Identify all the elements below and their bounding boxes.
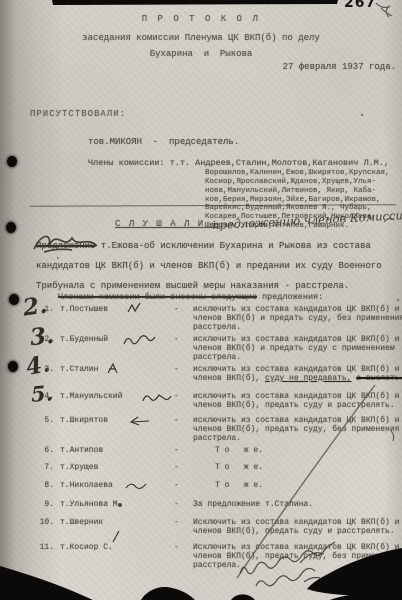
proposal-author: т.Сталин <box>60 365 98 374</box>
dash: - <box>174 416 179 425</box>
members-line: Косиор,Ярославский,Жданов,Хрущев,Улья- <box>205 178 390 187</box>
dash: - <box>174 392 179 401</box>
page-number-stamp: 267 <box>344 0 376 11</box>
proposal-text: исключить из состава кандидатов ЦК ВКП(б… <box>193 365 402 383</box>
proposal-text-underlined: суду не предавать, <box>265 374 351 383</box>
proposal-text: Т о ж е. <box>193 446 402 455</box>
speck <box>57 257 59 259</box>
handwritten-mark <box>108 364 117 373</box>
scan-shadow <box>231 594 255 600</box>
proposals-intro: Членами комиссии были внесены следующие … <box>58 292 323 302</box>
members-line: Ворошилов,Калинин,Ежов,Шкирятов,Крупская… <box>205 169 390 178</box>
proposal-text: исключить из состава кандидатов ЦК ВКП(б… <box>193 392 402 410</box>
proposal-number: 3. <box>28 365 54 374</box>
dash: - <box>174 481 179 490</box>
handwritten-mark <box>128 303 140 312</box>
proposal-text: Т о ж е. <box>193 463 402 472</box>
heard-line1: Предложение т.Ежова-об исключении Бухари… <box>36 241 371 251</box>
dash: - <box>174 543 179 552</box>
document-title: П Р О Т О К О Л <box>0 14 402 24</box>
dash: - <box>174 446 179 455</box>
heard-line1-rest: т.Ежова-об исключении Бухарина и Рыкова … <box>95 241 370 251</box>
dash: - <box>174 335 179 344</box>
proposal-author: т.Шверник <box>60 518 103 527</box>
proposal-text: Т о ж е. <box>193 481 402 490</box>
proposal-number: 5. <box>28 416 54 425</box>
members-intro: Члены комиссии: т.т. Андреев,Сталин,Моло… <box>88 158 389 168</box>
punch-hole <box>9 294 19 305</box>
proposal-text: За предложение т.Сталина. <box>193 500 402 509</box>
proposal-text: исключить из состава кандидатов ЦК ВКП(б… <box>193 305 402 332</box>
proposal-text: исключить из состава кандидатов ЦК ВКП(б… <box>193 335 402 362</box>
proposal-number: 4. <box>28 392 54 401</box>
proposal-text: Исключить из состава кандидатов ЦК ВКП(б… <box>193 518 402 536</box>
heard-struck-word: Предложение <box>36 241 95 251</box>
proposal-number: 6. <box>28 446 54 455</box>
proposal-number: 11. <box>28 543 54 552</box>
punch-hole <box>6 222 16 233</box>
proposal-text-struck: а выслать. <box>356 374 402 383</box>
top-scan-band <box>52 0 338 5</box>
handwritten-mark <box>126 484 146 488</box>
proposal-author: т.Постышев <box>60 305 108 314</box>
handwritten-arrow-mark <box>131 417 149 425</box>
scan-shadow <box>330 589 402 600</box>
proposal-author: т.Антипов <box>60 446 103 455</box>
proposal-number: 8. <box>28 481 54 490</box>
members-line: нова,Мануильский,Литвинов, Якир, Каба- <box>205 187 390 196</box>
speck <box>361 114 364 117</box>
dash: - <box>174 305 179 314</box>
proposal-text: исключить из состава кандидатов ЦК ВКП(б… <box>193 416 402 443</box>
document-subtitle-line2: Бухарина и Рыкова <box>0 49 402 59</box>
punch-hole <box>7 156 17 167</box>
handwritten-mark <box>113 531 119 542</box>
proposal-number: 1. <box>28 305 54 314</box>
proposal-author: т.Николаева <box>60 481 113 490</box>
proposal-author: т.Буденный <box>60 335 108 344</box>
dash: - <box>174 500 179 509</box>
proposal-text: Исключить из состава кандидатов ЦК ВКП(б… <box>193 543 402 570</box>
proposal-author: т.Ульянова М. <box>60 500 122 509</box>
proposal-number: 2. <box>28 335 54 344</box>
proposal-number: 7. <box>28 463 54 472</box>
proposal-number: 9. <box>28 500 54 509</box>
proposal-author: т.Косиор С. <box>60 543 113 552</box>
speck <box>397 299 400 302</box>
present-label: ПРИСУТСТВОВАЛИ: <box>30 109 126 119</box>
scan-shadow <box>141 587 195 600</box>
handwritten-mark <box>143 395 171 401</box>
handwritten-mark <box>124 336 155 344</box>
heard-line2: кандидатов ЦК ВКП(б) и членов ВКП(б) и п… <box>36 261 382 271</box>
heard-label: С Л У Ш А Л И : <box>115 219 219 229</box>
proposals-intro-struck: Членами комиссии были внесены следующие <box>58 292 257 302</box>
punch-hole <box>8 361 18 372</box>
dash: - <box>174 518 179 527</box>
proposal-number: 10. <box>28 518 54 527</box>
dash: - <box>174 463 179 472</box>
dash: - <box>174 365 179 374</box>
proposal-author: т.Мануильский <box>60 392 122 401</box>
proposals-intro-rest: предложения: <box>257 292 323 302</box>
chairman-line: тов.МИКОЯН - председатель. <box>88 137 239 147</box>
proposal-author: т.Шкирятов <box>60 416 108 425</box>
scanned-protocol-page: 267 П Р О Т О К О Л заседания комиссии П… <box>0 0 402 600</box>
heard-line3: Трибунала с применением высшей меры нака… <box>36 281 349 291</box>
proposal-author: т.Хрущев <box>60 463 98 472</box>
scan-shadow <box>0 566 93 600</box>
document-subtitle-line1: заседания комиссии Пленума ЦК ВКП(б) по … <box>0 33 402 43</box>
document-date: 27 февраля 1937 года. <box>283 62 396 72</box>
